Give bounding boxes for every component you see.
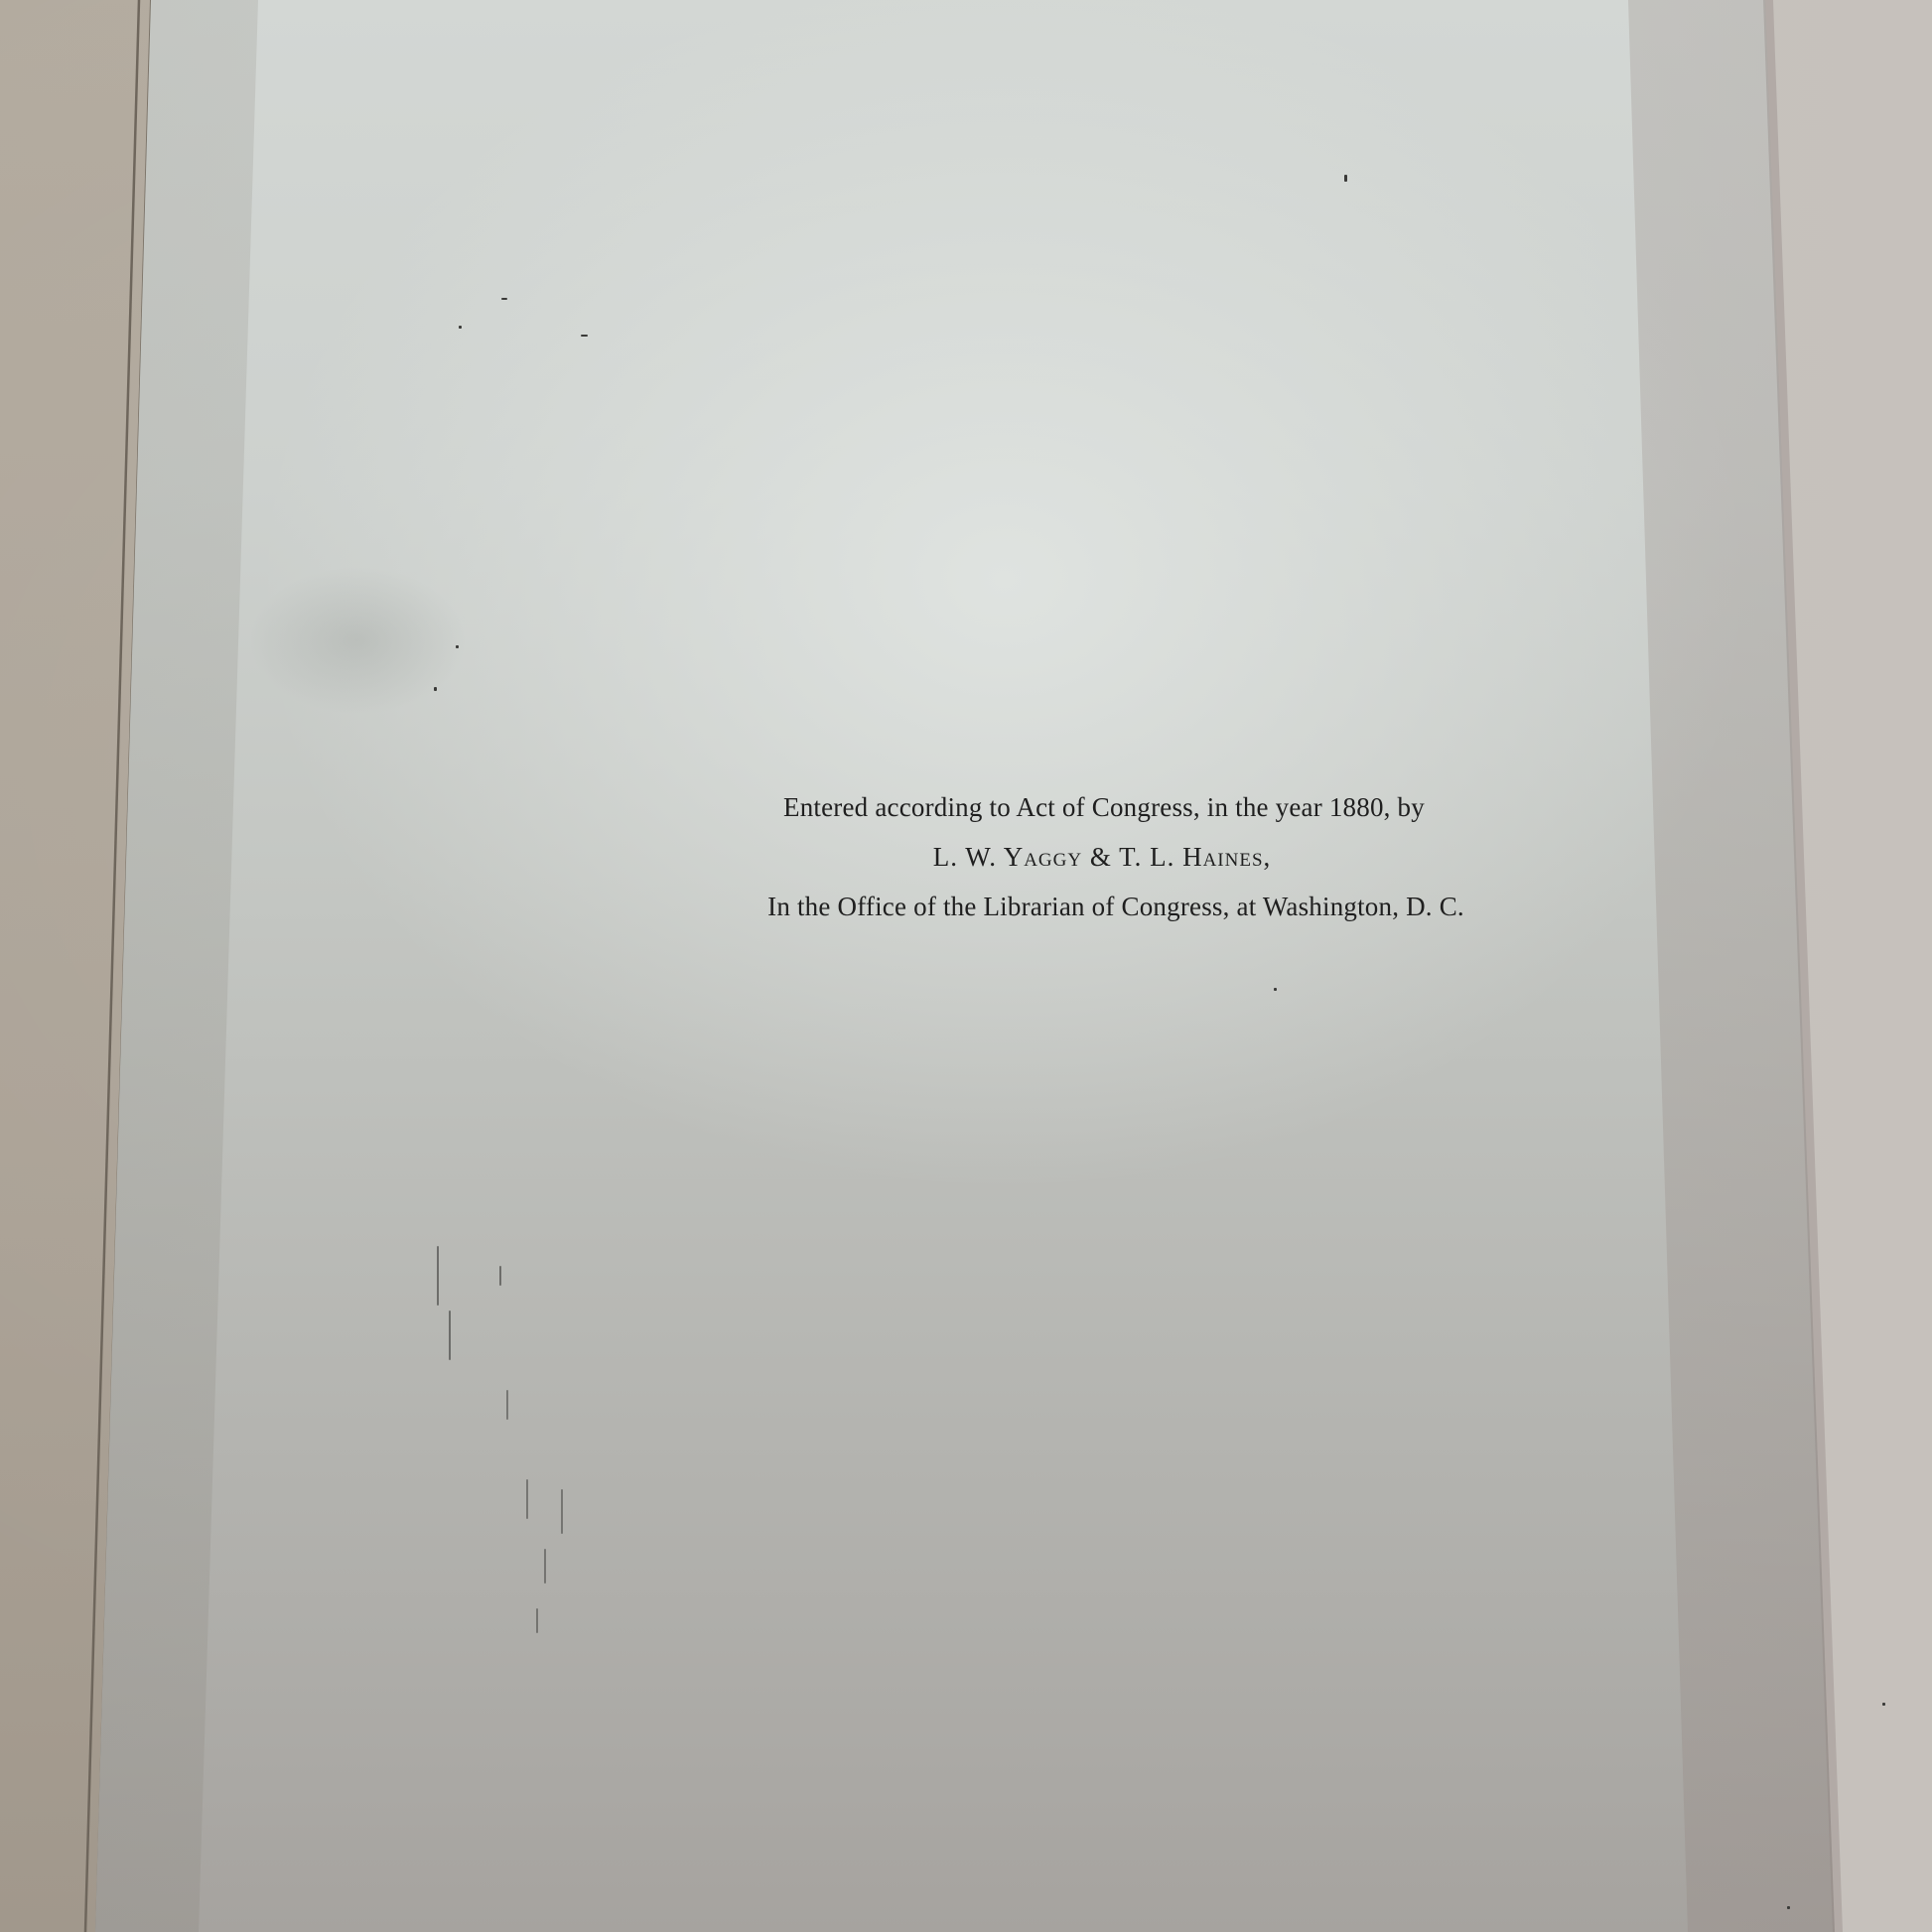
copyright-notice: Entered according to Act of Congress, in… [695, 782, 1529, 931]
copyright-line-entered: Entered according to Act of Congress, in… [687, 782, 1521, 832]
copyright-line-office: In the Office of the Librarian of Congre… [699, 882, 1533, 931]
copyright-line-authors: L. W. Yaggy & T. L. Haines, [685, 832, 1519, 882]
paper-smudge [248, 566, 467, 715]
